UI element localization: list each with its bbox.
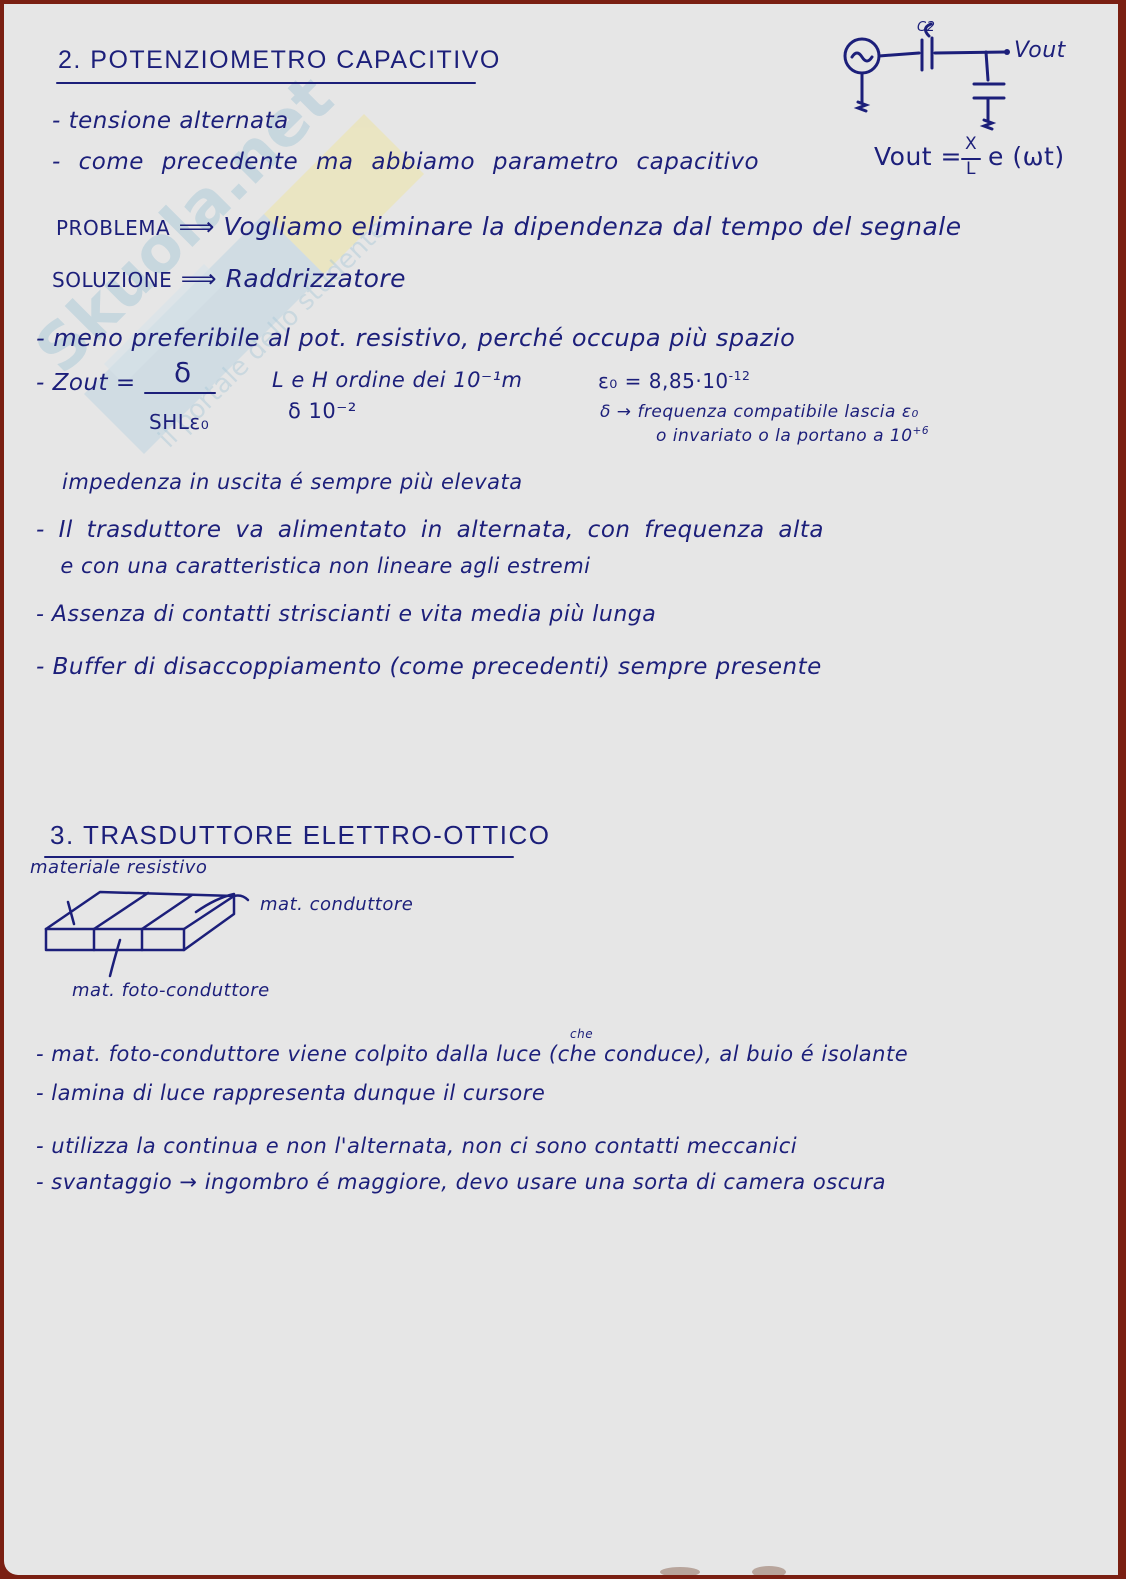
- bullet-buffer: - Buffer di disaccoppiamento (come prece…: [36, 654, 822, 680]
- capacitor-label: C2: [917, 20, 935, 35]
- label-materiale-resistivo: materiale resistivo: [30, 857, 207, 878]
- problem-line: PROBLEMA ⟹ Vogliamo eliminare la dipende…: [56, 212, 962, 241]
- vout-equation-lhs: Vout =: [874, 142, 962, 171]
- vout-fraction-den: L: [966, 159, 976, 179]
- solution-line: SOLUZIONE ⟹ Raddrizzatore: [52, 264, 406, 293]
- bullet-meno-preferibile: - meno preferibile al pot. resistivo, pe…: [36, 324, 795, 352]
- bullet-lamina-luce: - lamina di luce rappresenta dunque il c…: [36, 1081, 545, 1105]
- epsilon-label: ε₀ = 8,85·10: [598, 369, 729, 393]
- solution-label: SOLUZIONE: [52, 268, 172, 292]
- bullet-trasduttore-line-1: - Il trasduttore va alimentato in altern…: [36, 517, 824, 543]
- zout-prefix: - Zout =: [36, 370, 136, 396]
- che-superscript: che: [570, 1027, 593, 1041]
- section-2-title-underline: [56, 82, 476, 84]
- bullet-svantaggio: - svantaggio → ingombro é maggiore, devo…: [36, 1170, 886, 1194]
- vout-label: Vout: [1014, 38, 1066, 63]
- paper-stain: [660, 1567, 700, 1575]
- bullet-utilizza-continua: - utilizza la continua e non l'alternata…: [36, 1134, 797, 1158]
- epsilon-value: ε₀ = 8,85·10-12: [598, 368, 750, 393]
- vout-fraction-num: X: [965, 134, 977, 154]
- solution-arrow: ⟹: [181, 264, 217, 293]
- notebook-page: Skuola.net il portale dello studente 2. …: [4, 4, 1118, 1575]
- zout-denominator: SHLε₀: [149, 410, 209, 434]
- delta-note-text: o invariato o la portano a 10: [656, 426, 913, 446]
- bullet-come-precedente: - come precedente ma abbiamo parametro c…: [52, 149, 759, 175]
- bullet-mat-foto-conduttore: - mat. foto-conduttore viene colpito dal…: [36, 1042, 908, 1066]
- paper-stain: [752, 1566, 786, 1575]
- zout-numerator: δ: [174, 356, 192, 389]
- problem-arrow: ⟹: [179, 212, 215, 241]
- solution-text: Raddrizzatore: [226, 264, 406, 293]
- delta-note-line-1: δ → frequenza compatibile lascia ε₀: [600, 402, 919, 422]
- label-mat-conduttore: mat. conduttore: [260, 894, 413, 915]
- zout-note-LH: L e H ordine dei 10⁻¹m: [272, 368, 522, 392]
- section-3-title: 3. TRASDUTTORE ELETTRO-OTTICO: [50, 820, 550, 851]
- page-border: Skuola.net il portale dello studente 2. …: [0, 0, 1126, 1579]
- epsilon-exponent: -12: [729, 368, 751, 383]
- ground-icon: [858, 102, 866, 111]
- bullet-trasduttore-line-2: e con una caratteristica non lineare agl…: [46, 554, 590, 578]
- zout-note-delta: δ 10⁻²: [288, 399, 357, 423]
- vout-equation-rhs: e (ωt): [988, 142, 1065, 171]
- impedance-note: impedenza in uscita é sempre più elevata: [62, 470, 523, 494]
- delta-note-line-2: o invariato o la portano a 10+6: [656, 425, 929, 446]
- bullet-tensione: - tensione alternata: [52, 108, 289, 134]
- zout-fraction-bar: [144, 392, 216, 394]
- problem-label: PROBLEMA: [56, 216, 170, 240]
- section-2-title: 2. POTENZIOMETRO CAPACITIVO: [58, 46, 501, 75]
- ground-icon: [984, 120, 992, 129]
- problem-text: Vogliamo eliminare la dipendenza dal tem…: [223, 212, 961, 241]
- electro-optic-transducer-diagram: [44, 884, 274, 984]
- delta-note-exponent: +6: [913, 425, 930, 437]
- bullet-assenza-contatti: - Assenza di contatti striscianti e vita…: [36, 602, 656, 627]
